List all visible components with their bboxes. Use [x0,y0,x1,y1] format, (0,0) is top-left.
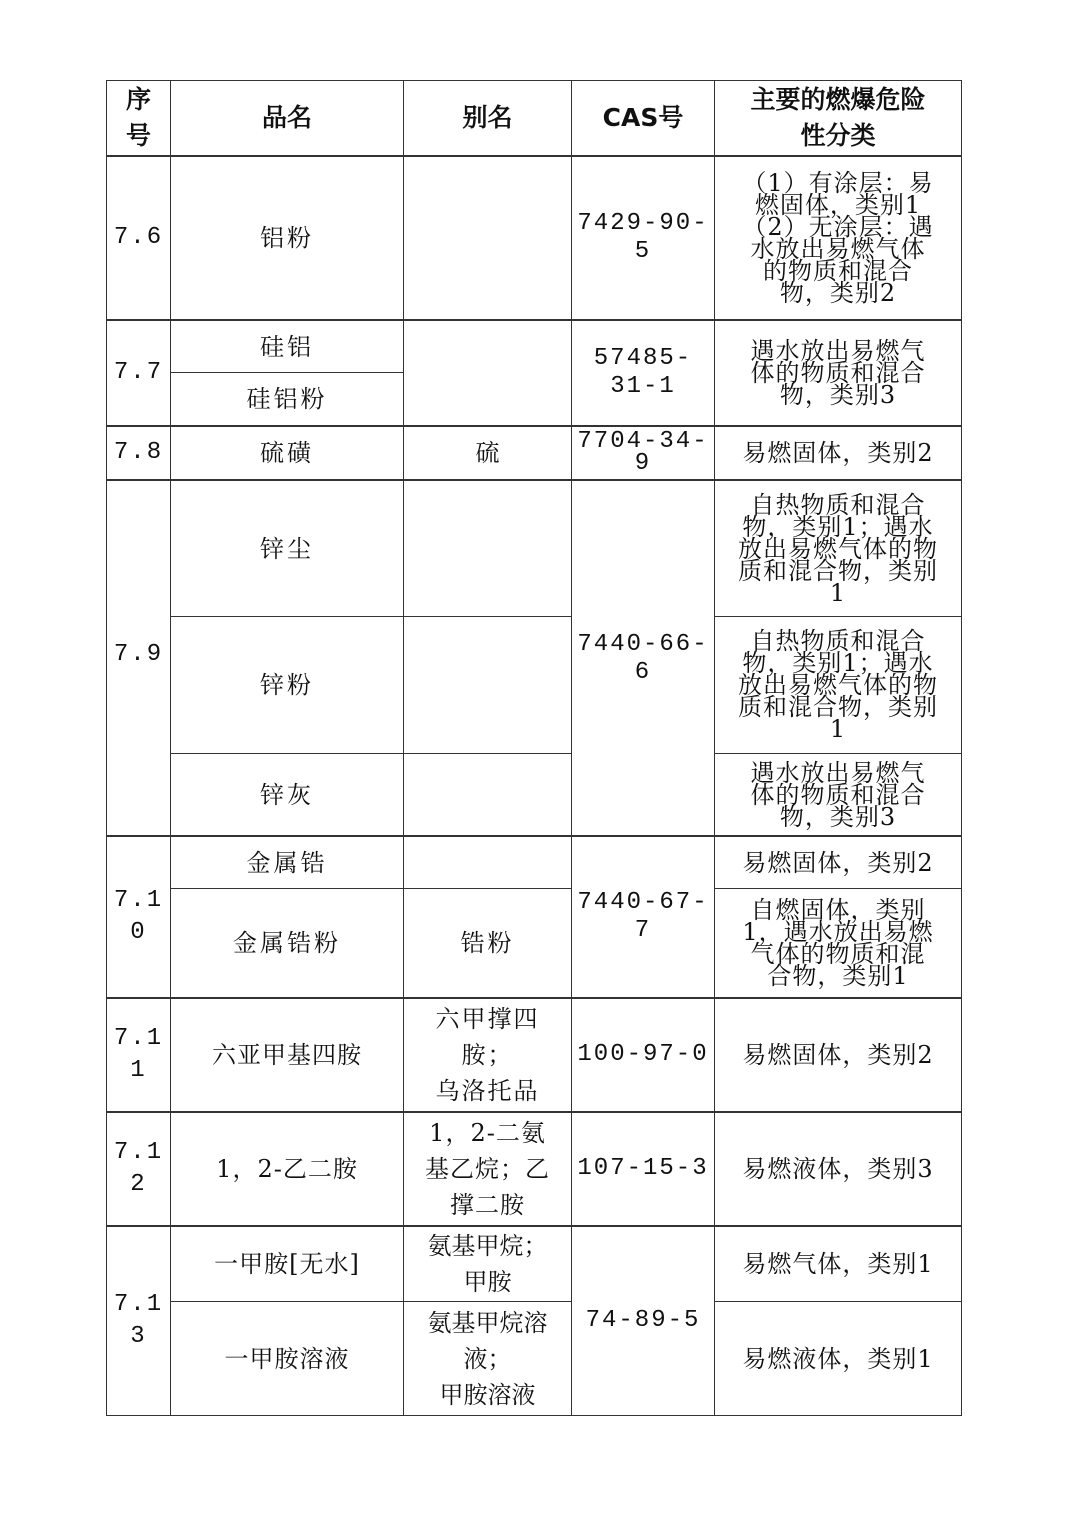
seq-cell: 7.7 [106,320,171,426]
alias-cell: 氨基甲烷溶 液； 甲胺溶液 [403,1301,572,1416]
cas-line: 57485- [594,345,692,373]
header-cas: CAS号 [571,80,715,156]
alias-cell [403,836,572,889]
alias-cell [403,320,572,426]
hazard-cell: 遇水放出易燃气 体的物质和混合 物，类别3 [714,320,962,426]
alias-cell [403,616,572,754]
cas-line: 31-1 [594,373,692,401]
cas-line: 6 [577,659,708,687]
document-page: 序 号 品名 别名 CAS号 主要的燃爆危险 性分类 7.6 铝粉 7429-9… [0,0,1080,1527]
seq-cell: 7.9 [106,480,171,836]
seq-line: 3 [114,1321,163,1353]
hazard-cell: （1）有涂层：易 燃固体，类别1 （2）无涂层：遇 水放出易燃气体 的物质和混合… [714,156,962,320]
cas-cell: 100-97-0 [571,998,715,1112]
header-hazard: 主要的燃爆危险 性分类 [714,80,962,156]
seq-line: 7.1 [114,885,163,917]
cas-line: 9 [577,453,708,475]
name-cell: 金属锆 [170,836,404,889]
hazard-cell: 自热物质和混合 物，类别1；遇水 放出易燃气体的物 质和混合物，类别 1 [714,616,962,754]
hazard-cell: 易燃液体，类别1 [714,1301,962,1416]
hazard-line: 物，类别2 [742,282,933,304]
seq-cell: 7.11 [106,998,171,1112]
header-seq: 序 号 [106,80,171,156]
seq-line: 7.1 [114,1023,163,1055]
hazard-cell: 易燃固体，类别2 [714,426,962,480]
seq-line: 2 [114,1169,163,1201]
alias-line: 六甲撑四 [436,1001,540,1037]
name-cell: 锌粉 [170,616,404,754]
name-cell: 锌灰 [170,753,404,836]
alias-cell: 六甲撑四 胺； 乌洛托品 [403,998,572,1112]
hazard-line: 物，类别3 [751,806,926,828]
alias-cell [403,480,572,617]
hazard-cell: 易燃固体，类别2 [714,998,962,1112]
cas-cell: 7440-67-7 [571,836,715,998]
alias-cell [403,156,572,320]
seq-cell: 7.8 [106,426,171,480]
alias-cell: 锆粉 [403,888,572,998]
name-cell: 六亚甲基四胺 [170,998,404,1112]
cas-cell: 57485-31-1 [571,320,715,426]
name-cell: 一甲胺[无水] [170,1226,404,1302]
header-hazard-line: 性分类 [750,118,925,154]
cas-line: 7440-66- [577,631,708,659]
hazard-cell: 遇水放出易燃气 体的物质和混合 物，类别3 [714,753,962,836]
hazard-line: 1 [738,582,938,604]
alias-line: 撑二胺 [425,1187,550,1223]
hazard-line: 物，类别3 [751,384,926,406]
cas-cell: 7429-90-5 [571,156,715,320]
cas-cell: 74-89-5 [571,1226,715,1416]
alias-cell [403,753,572,836]
header-name: 品名 [170,80,404,156]
seq-line: 1 [114,1055,163,1087]
seq-cell: 7.10 [106,836,171,998]
cas-line: 7429-90- [577,210,708,238]
name-cell: 硫磺 [170,426,404,480]
hazard-line: 1 [738,718,938,740]
name-cell: 锌尘 [170,480,404,617]
alias-line: 胺； [436,1037,540,1073]
alias-cell: 硫 [403,426,572,480]
header-alias: 别名 [403,80,572,156]
alias-line: 乌洛托品 [436,1073,540,1109]
hazard-cell: 自燃固体，类别 1，遇水放出易燃 气体的物质和混 合物，类别1 [714,888,962,998]
hazard-cell: 自热物质和混合 物，类别1；遇水 放出易燃气体的物 质和混合物，类别 1 [714,480,962,617]
hazard-cell: 易燃液体，类别3 [714,1112,962,1226]
hazard-line: 合物，类别1 [742,965,933,987]
seq-line: 7.1 [114,1137,163,1169]
seq-cell: 7.13 [106,1226,171,1416]
alias-line: 1，2-二氨 [425,1115,550,1151]
seq-cell: 7.12 [106,1112,171,1226]
alias-line: 甲胺溶液 [428,1377,548,1413]
cas-line: 5 [577,238,708,266]
header-hazard-line: 主要的燃爆危险 [750,82,925,118]
alias-line: 氨基甲烷； [428,1228,548,1264]
seq-cell: 7.6 [106,156,171,320]
alias-cell: 1，2-二氨 基乙烷；乙 撑二胺 [403,1112,572,1226]
alias-cell: 氨基甲烷； 甲胺 [403,1226,572,1302]
name-cell: 铝粉 [170,156,404,320]
name-cell: 1，2-乙二胺 [170,1112,404,1226]
header-seq-line: 号 [126,118,151,154]
seq-line: 7.1 [114,1289,163,1321]
alias-line: 液； [428,1341,548,1377]
name-cell: 一甲胺溶液 [170,1301,404,1416]
header-seq-line: 序 [126,82,151,118]
alias-line: 氨基甲烷溶 [428,1305,548,1341]
name-cell: 硅铝粉 [170,372,404,426]
alias-line: 甲胺 [428,1264,548,1300]
hazard-cell: 易燃固体，类别2 [714,836,962,889]
name-cell: 金属锆粉 [170,888,404,998]
cas-cell: 107-15-3 [571,1112,715,1226]
hazard-cell: 易燃气体，类别1 [714,1226,962,1302]
cas-line: 7 [577,917,708,945]
seq-line: 0 [114,917,163,949]
cas-cell: 7440-66-6 [571,480,715,836]
alias-line: 基乙烷；乙 [425,1151,550,1187]
name-cell: 硅铝 [170,320,404,373]
cas-cell: 7704-34-9 [571,426,715,480]
cas-line: 7440-67- [577,889,708,917]
